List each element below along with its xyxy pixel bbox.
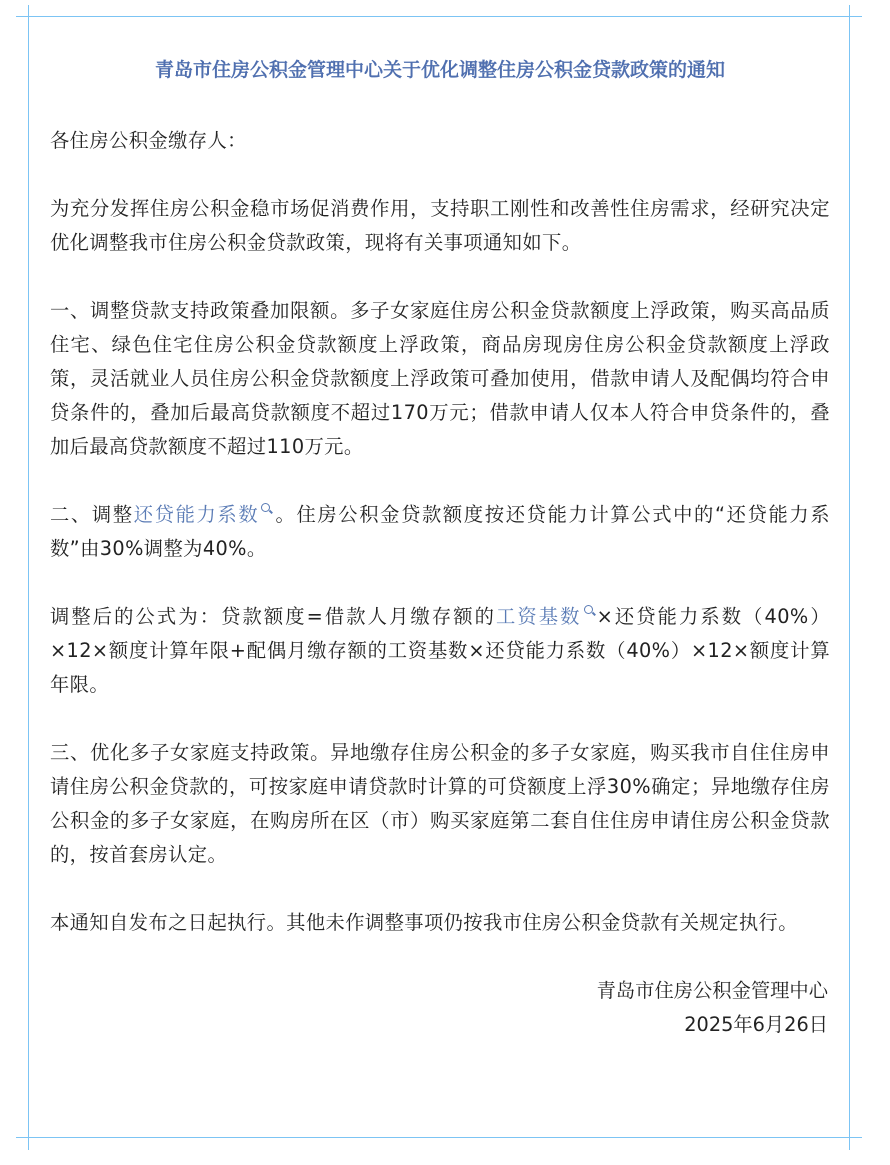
salutation: 各住房公积金缴存人：	[50, 124, 830, 158]
crop-guide-left	[28, 5, 29, 1150]
crop-guide-top	[16, 16, 862, 17]
notice-title: 青岛市住房公积金管理中心关于优化调整住房公积金贷款政策的通知	[50, 52, 830, 88]
search-icon[interactable]	[584, 605, 593, 614]
formula-prefix: 调整后的公式为：贷款额度=借款人月缴存额的	[50, 605, 496, 628]
crop-guide-right	[849, 5, 850, 1150]
section-2-prefix: 二、调整	[50, 503, 134, 526]
notice-document: 青岛市住房公积金管理中心关于优化调整住房公积金贷款政策的通知 各住房公积金缴存人…	[50, 52, 830, 1042]
section-3-paragraph: 三、优化多子女家庭支持政策。异地缴存住房公积金的多子女家庭，购买我市自住住房申请…	[50, 736, 830, 872]
issuer-name: 青岛市住房公积金管理中心	[50, 974, 828, 1008]
section-1-paragraph: 一、调整贷款支持政策叠加限额。多子女家庭住房公积金贷款额度上浮政策，购买高品质住…	[50, 294, 830, 464]
closing-paragraph: 本通知自发布之日起执行。其他未作调整事项仍按我市住房公积金贷款有关规定执行。	[50, 906, 830, 940]
repayment-coefficient-link[interactable]: 还贷能力系数	[134, 503, 260, 526]
wage-base-link[interactable]: 工资基数	[496, 605, 582, 628]
section-2-paragraph: 二、调整还贷能力系数。住房公积金贷款额度按还贷能力计算公式中的“还贷能力系数”由…	[50, 498, 830, 566]
crop-guide-bottom	[16, 1137, 862, 1138]
issue-date: 2025年6月26日	[50, 1008, 828, 1042]
search-icon[interactable]	[261, 503, 270, 512]
formula-paragraph: 调整后的公式为：贷款额度=借款人月缴存额的工资基数×还贷能力系数（40%）×12…	[50, 600, 830, 702]
intro-paragraph: 为充分发挥住房公积金稳市场促消费作用，支持职工刚性和改善性住房需求，经研究决定优…	[50, 192, 830, 260]
signature-block: 青岛市住房公积金管理中心 2025年6月26日	[50, 974, 830, 1042]
